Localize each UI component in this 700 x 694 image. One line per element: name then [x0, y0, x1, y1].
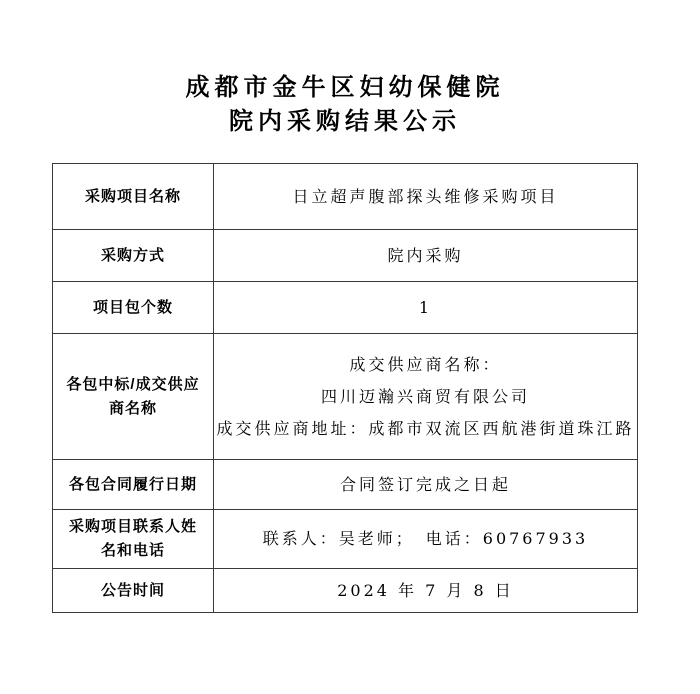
row-label-contract-performance-date: 各包合同履行日期: [53, 460, 214, 510]
row-label-announcement-date: 公告时间: [53, 569, 214, 613]
procurement-result-table: 采购项目名称 日立超声腹部探头维修采购项目 采购方式 院内采购 项目包个数 1 …: [52, 163, 638, 613]
table-row-project-name: 采购项目名称 日立超声腹部探头维修采购项目: [53, 164, 638, 230]
row-value-procurement-method: 院内采购: [214, 230, 638, 282]
page-title-line1: 成都市金牛区妇幼保健院: [52, 70, 638, 104]
row-value-winning-supplier: 成交供应商名称： 四川迈瀚兴商贸有限公司 成交供应商地址：成都市双流区西航港街道…: [214, 334, 638, 460]
row-label-package-count: 项目包个数: [53, 282, 214, 334]
table-row-package-count: 项目包个数 1: [53, 282, 638, 334]
row-label-project-name: 采购项目名称: [53, 164, 214, 230]
row-value-package-count: 1: [214, 282, 638, 334]
page-title-line2: 院内采购结果公示: [52, 104, 638, 138]
row-value-contact-person: 联系人：吴老师； 电话：60767933: [214, 510, 638, 569]
table-row-announcement-date: 公告时间 2024 年 7 月 8 日: [53, 569, 638, 613]
row-value-announcement-date: 2024 年 7 月 8 日: [214, 569, 638, 613]
row-label-contact-person: 采购项目联系人姓 名和电话: [53, 510, 214, 569]
table-row-winning-supplier: 各包中标/成交供应 商名称 成交供应商名称： 四川迈瀚兴商贸有限公司 成交供应商…: [53, 334, 638, 460]
table-row-procurement-method: 采购方式 院内采购: [53, 230, 638, 282]
page-title: 成都市金牛区妇幼保健院 院内采购结果公示: [52, 70, 638, 138]
row-value-contract-performance-date: 合同签订完成之日起: [214, 460, 638, 510]
table-row-contract-performance-date: 各包合同履行日期 合同签订完成之日起: [53, 460, 638, 510]
row-label-procurement-method: 采购方式: [53, 230, 214, 282]
row-value-project-name: 日立超声腹部探头维修采购项目: [214, 164, 638, 230]
document-page: 成都市金牛区妇幼保健院 院内采购结果公示 采购项目名称 日立超声腹部探头维修采购…: [0, 0, 700, 694]
table-row-contact-person: 采购项目联系人姓 名和电话 联系人：吴老师； 电话：60767933: [53, 510, 638, 569]
row-label-winning-supplier: 各包中标/成交供应 商名称: [53, 334, 214, 460]
